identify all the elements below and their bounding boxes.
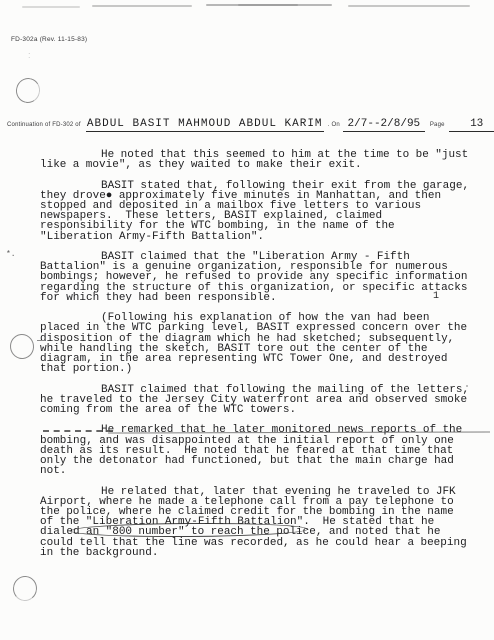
- interview-date-field: 2/7--2/8/95: [343, 118, 425, 132]
- scan-smudge: :: [28, 50, 42, 66]
- document-page: : FD-302a (Rev. 11-15-83) Continuation o…: [0, 0, 494, 640]
- scan-artifact-line: [22, 6, 80, 8]
- paragraph: He related that, later that evening he t…: [40, 487, 470, 558]
- paragraph: (Following his explanation of how the va…: [40, 313, 470, 374]
- scan-artifact-dash: [37, 340, 44, 341]
- hole-punch-mark: [8, 332, 35, 360]
- paragraph: BASIT stated that, following their exit …: [40, 181, 470, 242]
- scan-artifact-line: [348, 5, 470, 7]
- document-body: He noted that this seemed to him at the …: [40, 150, 470, 568]
- on-label: . On: [328, 122, 340, 128]
- pen-mark: 1: [433, 291, 439, 302]
- continuation-label: Continuation of FD-302 of: [7, 122, 81, 128]
- page-number-field: 13: [449, 118, 494, 132]
- hole-punch-mark: [14, 76, 43, 105]
- scan-artifact-dot: [466, 385, 468, 387]
- continuation-header: Continuation of FD-302 of ABDUL BASIT MA…: [7, 118, 492, 132]
- subject-name-field: ABDUL BASIT MAHMOUD ABDUL KARIM: [86, 118, 324, 132]
- paragraph: He noted that this seemed to him at the …: [40, 150, 470, 170]
- scan-artifact-line: [238, 4, 298, 6]
- paragraph: BASIT claimed that following the mailing…: [40, 385, 470, 416]
- scan-artifact-dot: *.: [6, 250, 16, 259]
- paragraph: BASIT claimed that the "Liberation Army …: [40, 252, 470, 303]
- scan-artifact-line: [92, 5, 192, 7]
- form-revision-label: FD-302a (Rev. 11-15-83): [11, 36, 87, 43]
- pen-strike-dashes: [43, 430, 113, 432]
- hole-punch-mark: [12, 575, 38, 602]
- page-label: Page: [430, 122, 445, 128]
